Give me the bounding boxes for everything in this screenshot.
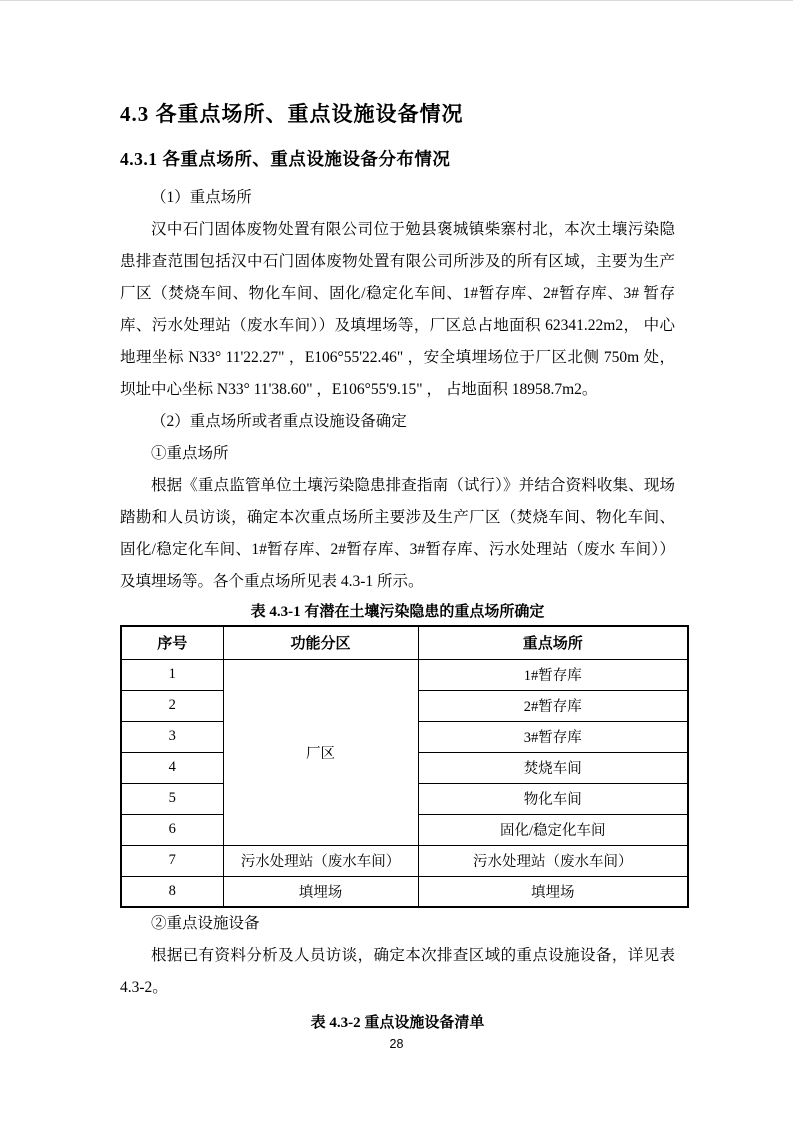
table-4-3-1-caption: 表 4.3-1 有潜在土壤污染隐患的重点场所确定 (120, 601, 675, 623)
table-cell-no: 8 (121, 876, 223, 907)
table-cell-site: 2#暂存库 (418, 690, 688, 721)
section-heading-4-3-1: 4.3.1 各重点场所、重点设施设备分布情况 (120, 146, 675, 172)
table-body: 1 厂区 1#暂存库 2 2#暂存库 3 3#暂存库 4 焚烧车间 5 (121, 659, 688, 907)
header-cell-no: 序号 (121, 626, 223, 659)
table-cell-no: 7 (121, 845, 223, 876)
table-cell-site: 污水处理站（废水车间） (418, 845, 688, 876)
section-heading-4-3: 4.3 各重点场所、重点设施设备情况 (120, 99, 675, 129)
table-cell-no: 5 (121, 783, 223, 814)
table-cell-site: 填埋场 (418, 876, 688, 907)
table-header: 序号 功能分区 重点场所 (121, 626, 688, 659)
document-page: 4.3 各重点场所、重点设施设备情况 4.3.1 各重点场所、重点设施设备分布情… (0, 0, 793, 1122)
paragraph-key-sites: 根据《重点监管单位土壤污染隐患排查指南（试行）》并结合资料收集、现场踏勘和人员访… (120, 470, 675, 598)
table-cell-zone-merged: 厂区 (223, 659, 418, 845)
table-cell-no: 1 (121, 659, 223, 690)
subsection-label-2: （2）重点场所或者重点设施设备确定 (120, 406, 675, 438)
table-cell-site: 焚烧车间 (418, 752, 688, 783)
table-4-3-2-caption: 表 4.3-2 重点设施设备清单 (120, 1012, 675, 1034)
paragraph-key-equipment: 根据已有资料分析及人员访谈，确定本次排查区域的重点设施设备，详见表 4.3-2。 (120, 940, 675, 1004)
subsection-label-circle1: ①重点场所 (120, 438, 675, 470)
header-cell-zone: 功能分区 (223, 626, 418, 659)
table-cell-zone: 污水处理站（废水车间） (223, 845, 418, 876)
table-cell-site: 物化车间 (418, 783, 688, 814)
table-cell-site: 3#暂存库 (418, 721, 688, 752)
subsection-label-1: （1）重点场所 (120, 182, 675, 214)
table-cell-no: 6 (121, 814, 223, 845)
table-cell-zone: 填埋场 (223, 876, 418, 907)
header-cell-site: 重点场所 (418, 626, 688, 659)
page-number: 28 (0, 1037, 793, 1051)
table-row: 1 厂区 1#暂存库 (121, 659, 688, 690)
subsection-label-circle2: ②重点设施设备 (120, 908, 675, 940)
paragraph-site-overview: 汉中石门固体废物处置有限公司位于勉县褒城镇柴寨村北，本次土壤污染隐患排查范围包括… (120, 214, 675, 406)
table-cell-site: 1#暂存库 (418, 659, 688, 690)
table-cell-no: 3 (121, 721, 223, 752)
table-header-row: 序号 功能分区 重点场所 (121, 626, 688, 659)
table-row: 7 污水处理站（废水车间） 污水处理站（废水车间） (121, 845, 688, 876)
table-row: 8 填埋场 填埋场 (121, 876, 688, 907)
table-cell-no: 4 (121, 752, 223, 783)
document-content: 4.3 各重点场所、重点设施设备情况 4.3.1 各重点场所、重点设施设备分布情… (0, 1, 793, 1034)
table-cell-site: 固化/稳定化车间 (418, 814, 688, 845)
table-4-3-1: 序号 功能分区 重点场所 1 厂区 1#暂存库 2 2#暂存库 3 3#暂存库 (120, 625, 689, 908)
table-cell-no: 2 (121, 690, 223, 721)
